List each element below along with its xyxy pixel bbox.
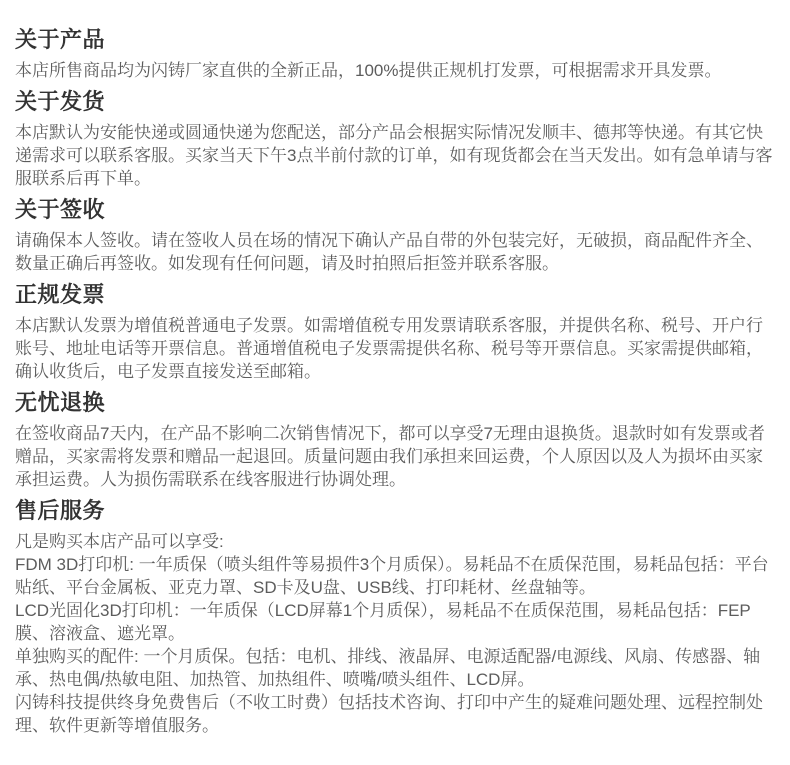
section-heading: 关于签收 [15,196,775,224]
section-paragraph: 本店所售商品均为闪铸厂家直供的全新正品，100%提供正规机打发票，可根据需求开具… [15,59,775,82]
section-paragraph: 单独购买的配件: 一个月质保。包括：电机、排线、液晶屏、电源适配器/电源线、风扇… [15,645,775,691]
section-heading: 关于产品 [15,26,775,54]
section-about-product: 关于产品本店所售商品均为闪铸厂家直供的全新正品，100%提供正规机打发票，可根据… [15,26,775,82]
section-heading: 关于发货 [15,88,775,116]
section-paragraph: LCD光固化3D打印机：一年质保（LCD屏幕1个月质保），易耗品不在质保范围，易… [15,599,775,645]
product-policy-page: 关于产品本店所售商品均为闪铸厂家直供的全新正品，100%提供正规机打发票，可根据… [0,0,790,765]
section-returns: 无忧退换在签收商品7天内，在产品不影响二次销售情况下，都可以享受7无理由退换货。… [15,389,775,491]
section-paragraph: 本店默认为安能快递或圆通快递为您配送，部分产品会根据实际情况发顺丰、德邦等快递。… [15,121,775,190]
section-receiving: 关于签收请确保本人签收。请在签收人员在场的情况下确认产品自带的外包装完好，无破损… [15,196,775,275]
section-heading: 正规发票 [15,281,775,309]
section-heading: 无忧退换 [15,389,775,417]
section-paragraph: 请确保本人签收。请在签收人员在场的情况下确认产品自带的外包装完好，无破损，商品配… [15,229,775,275]
section-paragraph: 在签收商品7天内，在产品不影响二次销售情况下，都可以享受7无理由退换货。退款时如… [15,422,775,491]
section-shipping: 关于发货本店默认为安能快递或圆通快递为您配送，部分产品会根据实际情况发顺丰、德邦… [15,88,775,190]
section-invoice: 正规发票本店默认发票为增值税普通电子发票。如需增值税专用发票请联系客服，并提供名… [15,281,775,383]
section-paragraph: 凡是购买本店产品可以享受: [15,530,775,553]
section-paragraph: 本店默认发票为增值税普通电子发票。如需增值税专用发票请联系客服，并提供名称、税号… [15,314,775,383]
section-paragraph: 闪铸科技提供终身免费售后（不收工时费）包括技术咨询、打印中产生的疑难问题处理、远… [15,691,775,737]
section-after-sales: 售后服务凡是购买本店产品可以享受:FDM 3D打印机: 一年质保（喷头组件等易损… [15,497,775,737]
section-heading: 售后服务 [15,497,775,525]
section-paragraph: FDM 3D打印机: 一年质保（喷头组件等易损件3个月质保）。易耗品不在质保范围… [15,553,775,599]
